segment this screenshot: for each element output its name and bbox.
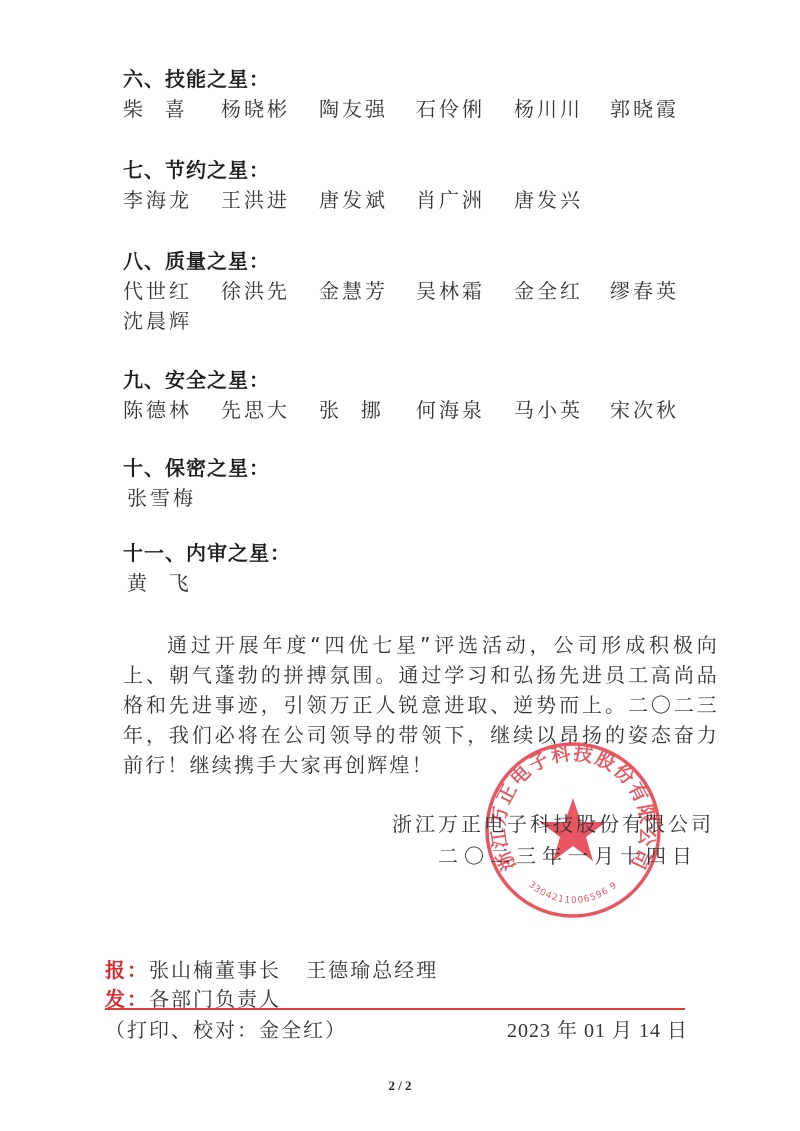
section-title: 八、质量之星： bbox=[123, 246, 270, 276]
name: 吴林霜 bbox=[416, 276, 485, 306]
names-row: 柴 喜 杨晓彬 陶友强 石伶俐 杨川川 郭晓霞 bbox=[123, 94, 270, 124]
name: 马小英 bbox=[514, 395, 583, 425]
section-title: 十、保密之星： bbox=[123, 453, 270, 483]
names-row: 张雪梅 bbox=[123, 483, 270, 513]
signature-date: 二〇二三年一月十四日 bbox=[438, 840, 698, 869]
names-row: 李海龙 王洪进 唐发斌 肖广洲 唐发兴 bbox=[123, 185, 270, 215]
name: 何海泉 bbox=[416, 395, 485, 425]
red-divider bbox=[105, 1008, 685, 1010]
name: 柴 喜 bbox=[123, 94, 188, 124]
report-to-row: 报：张山楠董事长 王德瑜总经理 bbox=[105, 954, 438, 983]
section-quality-star: 八、质量之星： 代世红 徐洪先 金慧芳 吴林霜 金全红 缪春英 沈晨辉 bbox=[123, 246, 270, 336]
section-audit-star: 十一、内审之星： 黄 飞 bbox=[123, 538, 291, 598]
section-safety-star: 九、安全之星： 陈德林 先思大 张 挪 何海泉 马小英 宋次秋 bbox=[123, 365, 270, 425]
name: 陈德林 bbox=[123, 395, 192, 425]
report-to-value: 张山楠董事长 王德瑜总经理 bbox=[149, 958, 438, 982]
names-row: 陈德林 先思大 张 挪 何海泉 马小英 宋次秋 bbox=[123, 395, 270, 425]
name: 王洪进 bbox=[221, 185, 290, 215]
name: 缪春英 bbox=[610, 276, 679, 306]
name: 金全红 bbox=[514, 276, 583, 306]
name: 陶友强 bbox=[319, 94, 388, 124]
document-page: 六、技能之星： 柴 喜 杨晓彬 陶友强 石伶俐 杨川川 郭晓霞 七、节约之星： … bbox=[0, 0, 800, 1131]
name: 沈晨辉 bbox=[123, 306, 192, 336]
footer-date: 2023 年 01 月 14 日 bbox=[507, 1014, 688, 1043]
name: 先思大 bbox=[221, 395, 290, 425]
printer-proofreader: （打印、校对：金全红） bbox=[105, 1014, 347, 1043]
section-skill-star: 六、技能之星： 柴 喜 杨晓彬 陶友强 石伶俐 杨川川 郭晓霞 bbox=[123, 64, 270, 124]
names-row: 沈晨辉 bbox=[123, 306, 270, 336]
section-title: 六、技能之星： bbox=[123, 64, 270, 94]
name: 郭晓霞 bbox=[610, 94, 679, 124]
section-confidential-star: 十、保密之星： 张雪梅 bbox=[123, 453, 270, 513]
name: 黄 飞 bbox=[127, 568, 192, 598]
report-label: 报： bbox=[105, 958, 149, 982]
page-number: 2 / 2 bbox=[0, 1078, 800, 1094]
name: 唐发斌 bbox=[319, 185, 388, 215]
name: 金慧芳 bbox=[319, 276, 388, 306]
section-title: 九、安全之星： bbox=[123, 365, 270, 395]
name: 唐发兴 bbox=[514, 185, 583, 215]
name: 石伶俐 bbox=[416, 94, 485, 124]
name: 宋次秋 bbox=[610, 395, 679, 425]
signature-company: 浙江万正电子科技股份有限公司 bbox=[392, 808, 714, 837]
names-row: 黄 飞 bbox=[123, 568, 291, 598]
name: 肖广洲 bbox=[416, 185, 485, 215]
name: 代世红 bbox=[123, 276, 192, 306]
section-title: 七、节约之星： bbox=[123, 155, 270, 185]
name: 张 挪 bbox=[319, 395, 384, 425]
name: 杨晓彬 bbox=[221, 94, 290, 124]
name: 李海龙 bbox=[123, 185, 192, 215]
svg-text:3304211006596 9: 3304211006596 9 bbox=[526, 880, 620, 906]
name: 张雪梅 bbox=[127, 483, 196, 513]
name: 徐洪先 bbox=[221, 276, 290, 306]
names-row: 代世红 徐洪先 金慧芳 吴林霜 金全红 缪春英 bbox=[123, 276, 270, 306]
name: 杨川川 bbox=[514, 94, 583, 124]
section-title: 十一、内审之星： bbox=[123, 538, 291, 568]
section-saving-star: 七、节约之星： 李海龙 王洪进 唐发斌 肖广洲 唐发兴 bbox=[123, 155, 270, 215]
